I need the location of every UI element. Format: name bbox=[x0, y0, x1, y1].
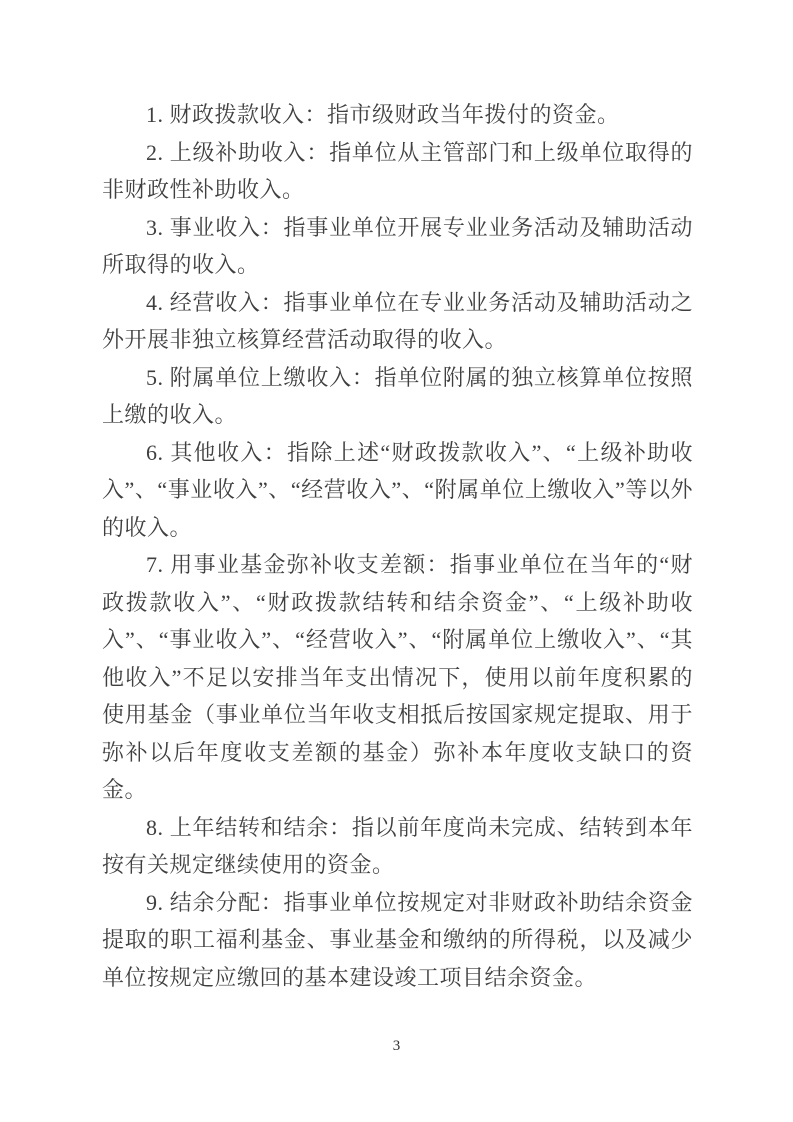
definition-paragraph-7: 7. 用事业基金弥补收支差额：指事业单位在当年的“财政拨款收入”、“财政拨款结转… bbox=[102, 546, 693, 809]
definition-paragraph-1: 1. 财政拨款收入：指市级财政当年拨付的资金。 bbox=[102, 96, 693, 134]
definition-paragraph-3: 3. 事业收入：指事业单位开展专业业务活动及辅助活动所取得的收入。 bbox=[102, 209, 693, 284]
definition-paragraph-6: 6. 其他收入：指除上述“财政拨款收入”、“上级补助收入”、“事业收入”、“经营… bbox=[102, 434, 693, 547]
definition-paragraph-2: 2. 上级补助收入：指单位从主管部门和上级单位取得的非财政性补助收入。 bbox=[102, 134, 693, 209]
definition-paragraph-9: 9. 结余分配：指事业单位按规定对非财政补助结余资金提取的职工福利基金、事业基金… bbox=[102, 884, 693, 997]
document-body: 1. 财政拨款收入：指市级财政当年拨付的资金。 2. 上级补助收入：指单位从主管… bbox=[102, 96, 693, 996]
definition-paragraph-8: 8. 上年结转和结余：指以前年度尚未完成、结转到本年按有关规定继续使用的资金。 bbox=[102, 809, 693, 884]
page-number: 3 bbox=[0, 1036, 793, 1056]
definition-paragraph-4: 4. 经营收入：指事业单位在专业业务活动及辅助活动之外开展非独立核算经营活动取得… bbox=[102, 284, 693, 359]
document-page: 1. 财政拨款收入：指市级财政当年拨付的资金。 2. 上级补助收入：指单位从主管… bbox=[0, 0, 793, 1122]
definition-paragraph-5: 5. 附属单位上缴收入：指单位附属的独立核算单位按照上缴的收入。 bbox=[102, 359, 693, 434]
